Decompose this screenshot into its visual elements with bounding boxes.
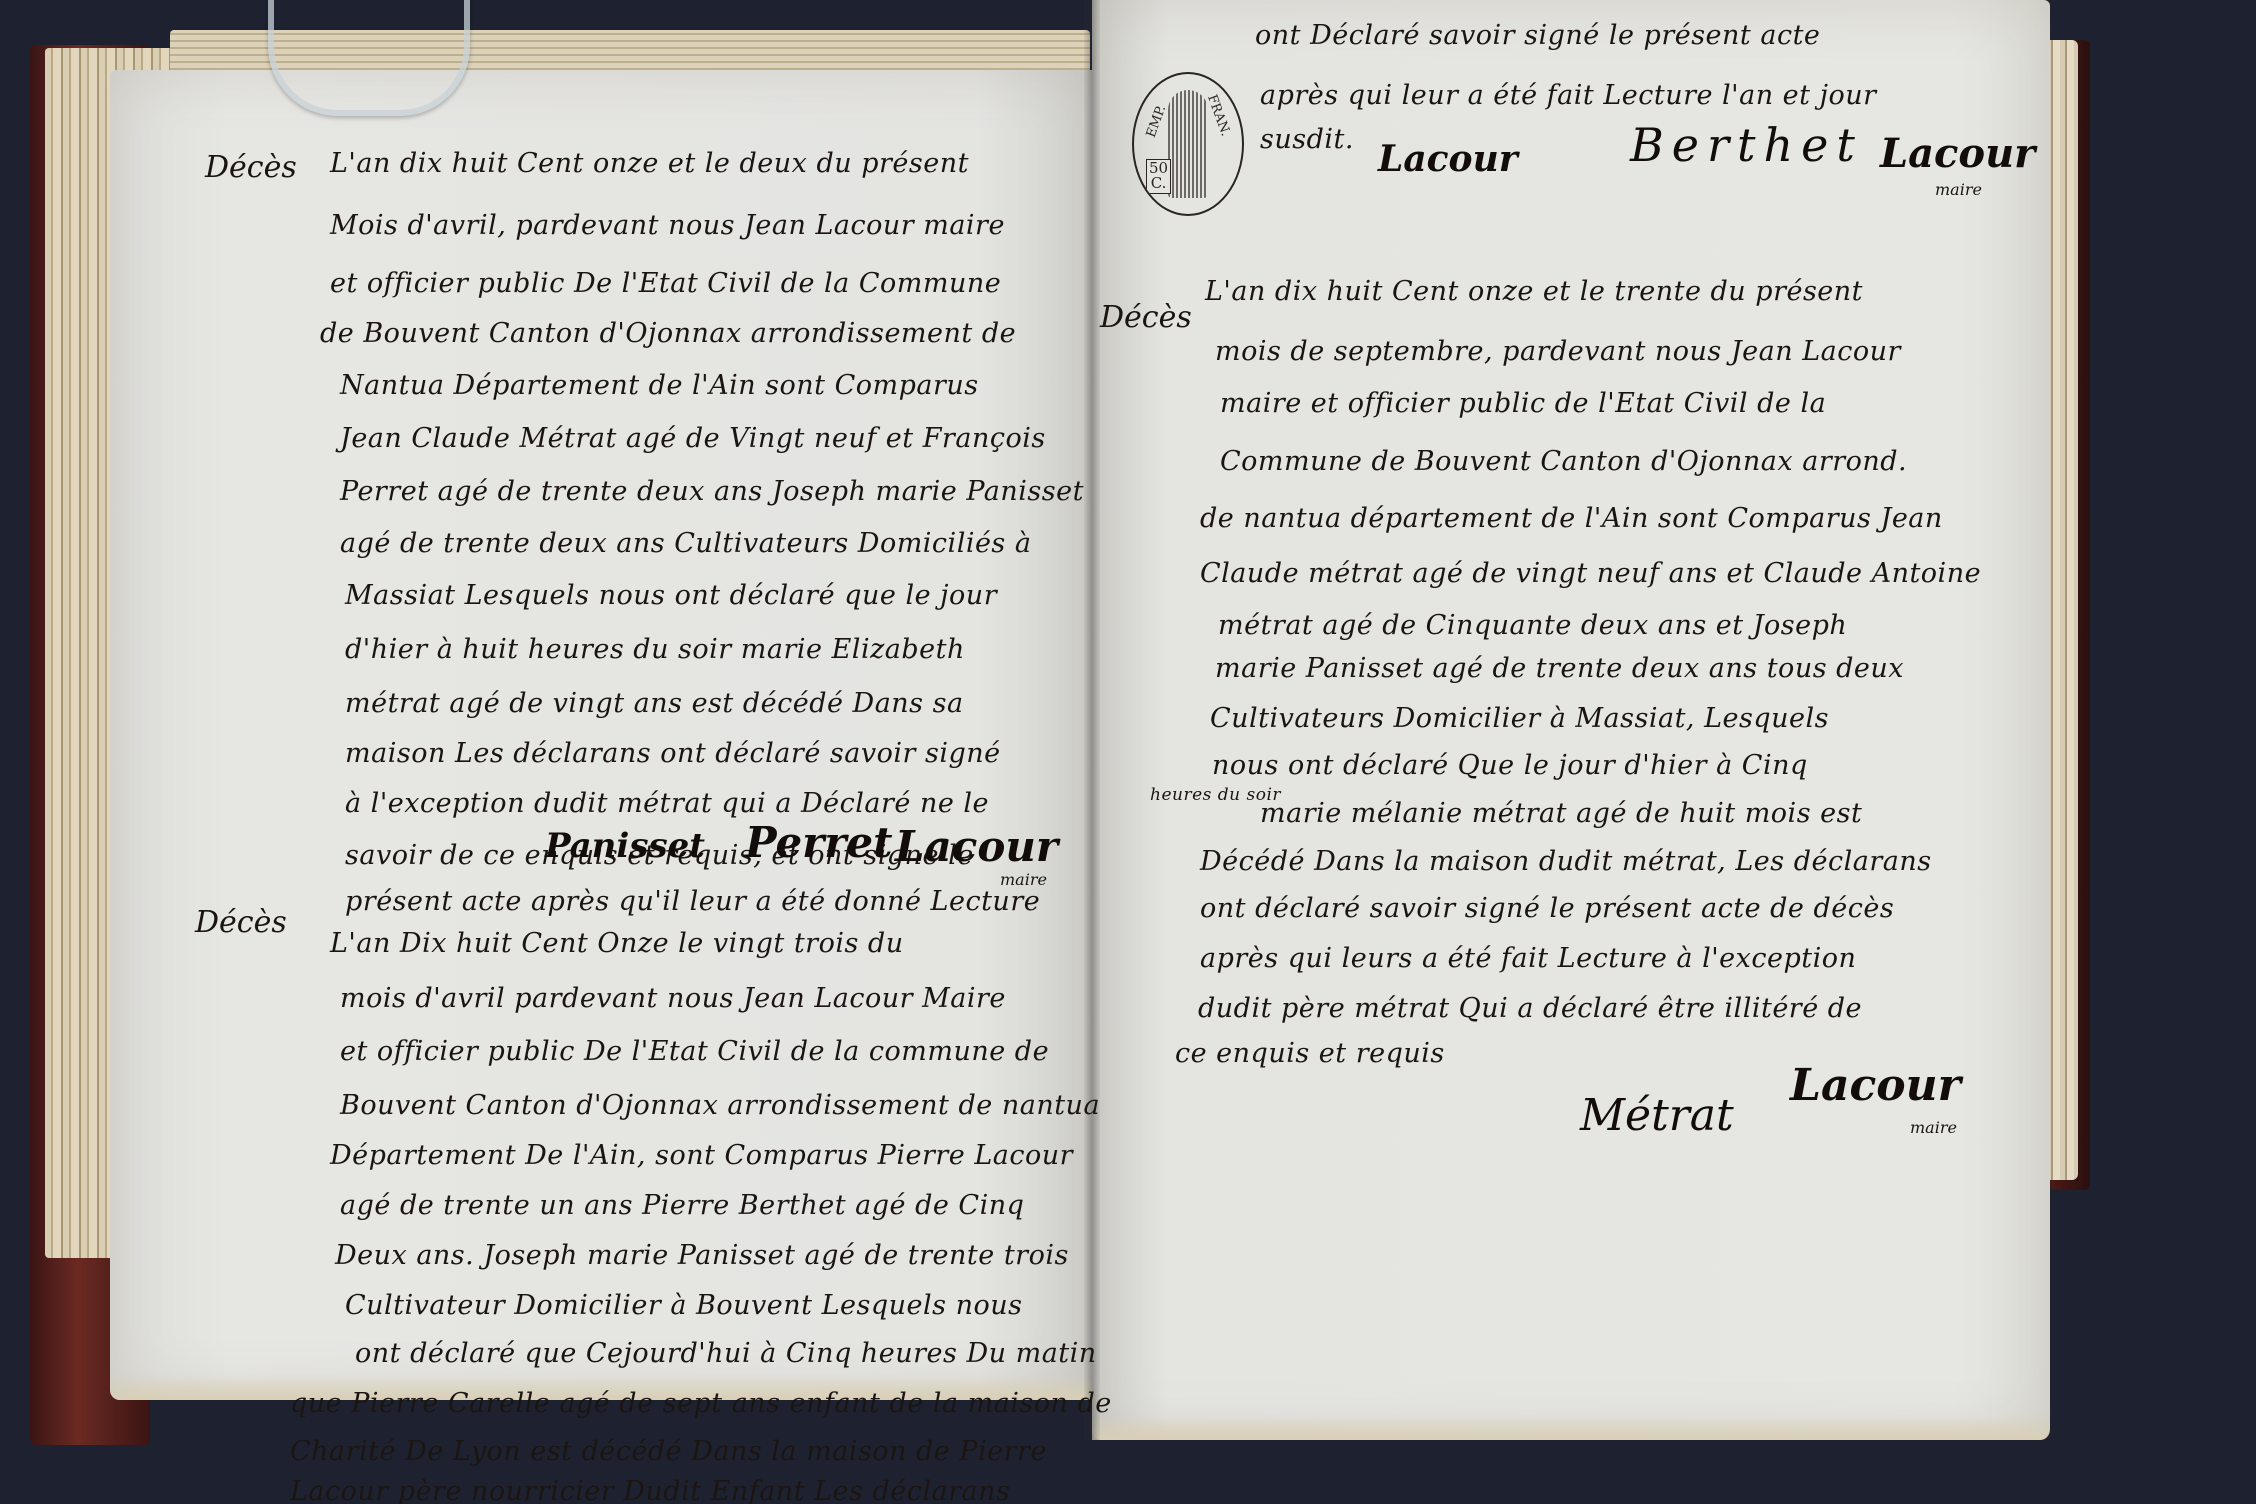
text-line: d'hier à huit heures du soir marie Eliza…: [345, 636, 965, 663]
text-line: à l'exception dudit métrat qui a Déclaré…: [345, 790, 989, 817]
text-line: susdit.: [1260, 126, 1354, 153]
text-line: marie Panisset agé de trente deux ans to…: [1215, 655, 1904, 682]
interlinear-insertion: heures du soir: [1150, 785, 1281, 805]
stamp-text-right: FRAN.: [1204, 93, 1233, 138]
text-line: agé de trente deux ans Cultivateurs Domi…: [340, 530, 1031, 557]
text-line: après qui leur a été fait Lecture l'an e…: [1260, 82, 1877, 109]
text-line: Cultivateur Domicilier à Bouvent Lesquel…: [345, 1292, 1022, 1319]
text-line: maison Les déclarans ont déclaré savoir …: [345, 740, 1001, 767]
stamp-text-left: EMP.: [1144, 103, 1169, 139]
signature-lacour: Lacour: [895, 822, 1058, 871]
text-line: L'an Dix huit Cent Onze le vingt trois d…: [330, 930, 904, 957]
text-line: et officier public De l'Etat Civil de la…: [330, 270, 1001, 297]
text-line: Deux ans. Joseph marie Panisset agé de t…: [335, 1242, 1069, 1269]
text-line: Décédé Dans la maison dudit métrat, Les …: [1200, 848, 1932, 875]
text-line: ont déclaré savoir signé le présent acte…: [1200, 895, 1894, 922]
text-line: Nantua Département de l'Ain sont Comparu…: [340, 372, 979, 399]
text-line: Jean Claude Métrat agé de Vingt neuf et …: [340, 425, 1046, 452]
text-line: et officier public De l'Etat Civil de la…: [340, 1038, 1049, 1065]
text-line: de Bouvent Canton d'Ojonnax arrondisseme…: [320, 320, 1016, 347]
stamp-value-unit: C.: [1151, 174, 1167, 192]
tax-stamp-empire-francais: EMP. FRAN. 50 C.: [1132, 72, 1244, 216]
text-line: présent acte après qu'il leur a été donn…: [345, 888, 1040, 915]
text-line: Commune de Bouvent Canton d'Ojonnax arro…: [1220, 448, 1907, 475]
book-gutter: [1084, 0, 1100, 1440]
text-line: ce enquis et requis: [1175, 1040, 1445, 1067]
text-line: Perret agé de trente deux ans Joseph mar…: [340, 478, 1084, 505]
text-line: marie mélanie métrat agé de huit mois es…: [1260, 800, 1862, 827]
signature-lacour-maire: Lacour: [1790, 1060, 1961, 1111]
signature-lacour: Lacour: [1378, 138, 1518, 180]
text-line: L'an dix huit Cent onze et le trente du …: [1205, 278, 1863, 305]
text-line: Claude métrat agé de vingt neuf ans et C…: [1200, 560, 1981, 587]
text-line: maire et officier public de l'Etat Civil…: [1220, 390, 1826, 417]
text-line: que Pierre Carelle agé de sept ans enfan…: [290, 1390, 1112, 1417]
margin-label-deces: Décès: [195, 905, 287, 940]
signature-metrat: Métrat: [1580, 1090, 1734, 1141]
signature-title-maire: maire: [1000, 870, 1047, 889]
text-line: Charité De Lyon est décédé Dans la maiso…: [290, 1438, 1047, 1465]
margin-label-deces: Décès: [1100, 300, 1192, 335]
stamp-figure-icon: [1168, 90, 1208, 198]
text-line: après qui leurs a été fait Lecture à l'e…: [1200, 945, 1856, 972]
page-clip-holder: [268, 0, 470, 116]
text-line: ont déclaré que Cejourd'hui à Cinq heure…: [355, 1340, 1097, 1367]
text-line: mois d'avril pardevant nous Jean Lacour …: [340, 985, 1006, 1012]
text-line: métrat agé de vingt ans est décédé Dans …: [345, 690, 964, 717]
signature-berthet: Berthet: [1630, 118, 1863, 172]
text-line: Mois d'avril, pardevant nous Jean Lacour…: [330, 212, 1005, 239]
text-line: de nantua département de l'Ain sont Comp…: [1200, 505, 1943, 532]
signature-title-maire: maire: [1935, 180, 1982, 199]
text-line: agé de trente un ans Pierre Berthet agé …: [340, 1192, 1024, 1219]
margin-label-deces: Décès: [205, 150, 297, 185]
signature-perret: Perret: [745, 818, 893, 867]
text-line: mois de septembre, pardevant nous Jean L…: [1215, 338, 1901, 365]
text-line: nous ont déclaré Que le jour d'hier à Ci…: [1212, 752, 1808, 779]
text-line: Cultivateurs Domicilier à Massiat, Lesqu…: [1210, 705, 1829, 732]
text-line: métrat agé de Cinquante deux ans et Jose…: [1218, 612, 1847, 639]
text-line: ont Déclaré savoir signé le présent acte: [1255, 22, 1820, 49]
text-line: dudit père métrat Qui a déclaré être ill…: [1198, 995, 1862, 1022]
signature-title-maire: maire: [1910, 1118, 1957, 1137]
text-line: Massiat Lesquels nous ont déclaré que le…: [345, 582, 997, 609]
signature-lacour-maire: Lacour: [1880, 130, 2035, 177]
text-line: L'an dix huit Cent onze et le deux du pr…: [330, 150, 969, 177]
book-photograph: Décès L'an dix huit Cent onze et le deux…: [0, 0, 2256, 1504]
text-line: Département De l'Ain, sont Comparus Pier…: [330, 1142, 1073, 1169]
text-line: Lacour père nourricier Dudit Enfant Les …: [290, 1478, 1010, 1504]
text-line: Bouvent Canton d'Ojonnax arrondissement …: [340, 1092, 1100, 1119]
stamp-value: 50 C.: [1146, 159, 1171, 195]
signature-panisset: Panisset: [545, 826, 705, 866]
